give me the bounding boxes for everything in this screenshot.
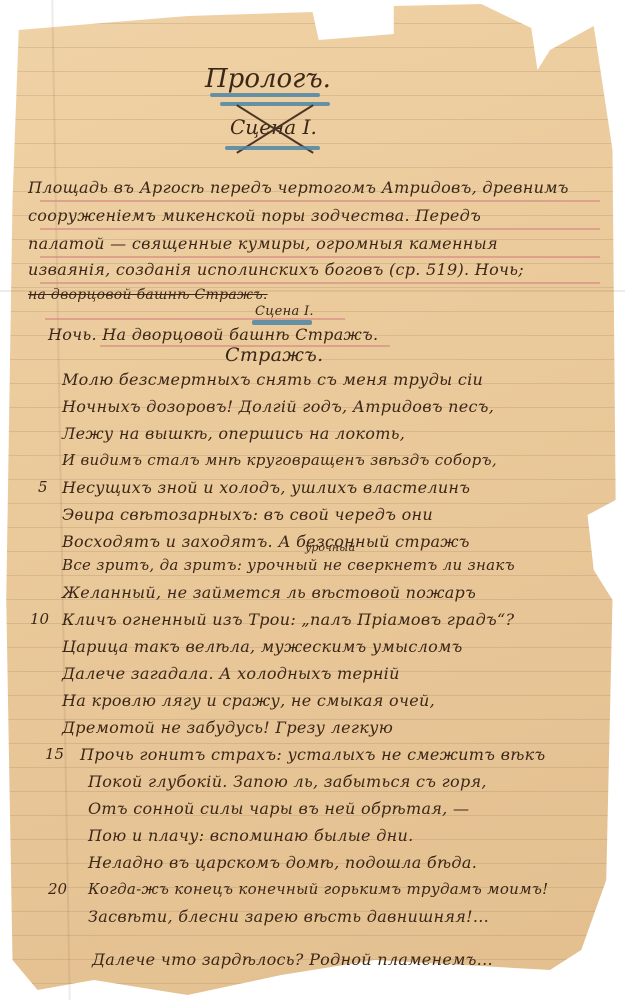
verse-line: Покой глубокій. Запою ль, забыться съ го… [88, 772, 487, 791]
red-underline [40, 200, 600, 202]
verse-line: Когда-жъ конецъ конечный горькимъ трудам… [88, 880, 549, 898]
verse-line: Эѳира свѣтозарныхъ: въ свой чередъ они [62, 505, 433, 524]
verse-line: Царица такъ велѣла, мужескимъ умысломъ [62, 637, 463, 656]
line-number: 10 [30, 610, 49, 628]
verse-line: Ночныхъ дозоровъ! Долгій годъ, Атридовъ … [62, 397, 494, 416]
speaker-name: Стражъ. [225, 344, 323, 366]
verse-line: Неладно въ царскомъ домѣ, подошла бѣда. [88, 853, 477, 872]
verse-line: Далече загадала. А холодныхъ терній [62, 664, 400, 683]
stage-direction: Ночь. На дворцовой башнѣ Стражъ. [48, 325, 378, 344]
red-underline [40, 282, 600, 284]
line-number: 5 [38, 478, 48, 496]
stage-direction-line: изваянія, созданія исполинскихъ боговъ (… [28, 260, 524, 279]
stage-direction-line: палатой — священные кумиры, огромныя кам… [28, 234, 498, 253]
verse-line: На кровлю лягу и сражу, не смыкая очей, [62, 691, 435, 710]
verse-line: Пою и плачу: вспоминаю былые дни. [88, 826, 413, 845]
verse-line: Молю безсмертныхъ снять съ меня труды сі… [62, 370, 483, 389]
inserted-word: урочный [305, 541, 355, 554]
stage-direction-line-struck: на дворцовой башнѣ Стражъ. [28, 287, 268, 303]
verse-line: Восходятъ и заходятъ. А безсонный стражъ [62, 532, 470, 551]
verse-line: Далече что зардѣлось? Родной пламенемъ..… [92, 950, 493, 969]
verse-line: И видимъ сталъ мнѣ круговращенъ звѣздъ с… [62, 451, 497, 469]
verse-line: Отъ сонной силы чары въ ней обрѣтая, — [88, 799, 469, 818]
verse-line: Все зритъ, да зритъ: урочный не сверкнет… [62, 556, 515, 574]
page-title: Прологъ. [205, 64, 331, 94]
verse-line: Желанный, не займется ль вѣстовой пожаръ [62, 583, 476, 602]
red-underline [40, 256, 600, 258]
verse-line: Кличъ огненный изъ Трои: „палъ Пріамовъ … [62, 610, 514, 629]
blue-underline [225, 146, 320, 150]
blue-underline [210, 93, 320, 97]
stage-direction-line: сооруженіемъ микенской поры зодчества. П… [28, 206, 481, 225]
line-number: 20 [48, 880, 67, 898]
verse-line: Несущихъ зной и холодъ, ушлихъ властелин… [62, 478, 470, 497]
verse-line: Засвѣти, блесни зарею вѣсть давнишняя!..… [88, 907, 489, 926]
manuscript-page [0, 0, 625, 1000]
stage-direction-line: Площадь въ Аргосѣ передъ чертогомъ Атрид… [28, 178, 569, 197]
verse-line: Дремотой не забудусь! Грезу легкую [62, 718, 393, 737]
red-underline [40, 228, 600, 230]
scene-heading: Сцена I. [255, 304, 314, 319]
verse-line: Лежу на вышкѣ, опершись на локоть, [62, 424, 405, 443]
red-underline [45, 318, 345, 320]
line-number: 15 [45, 745, 64, 763]
verse-line: Прочь гонитъ страхъ: усталыхъ не смежитъ… [80, 745, 545, 764]
